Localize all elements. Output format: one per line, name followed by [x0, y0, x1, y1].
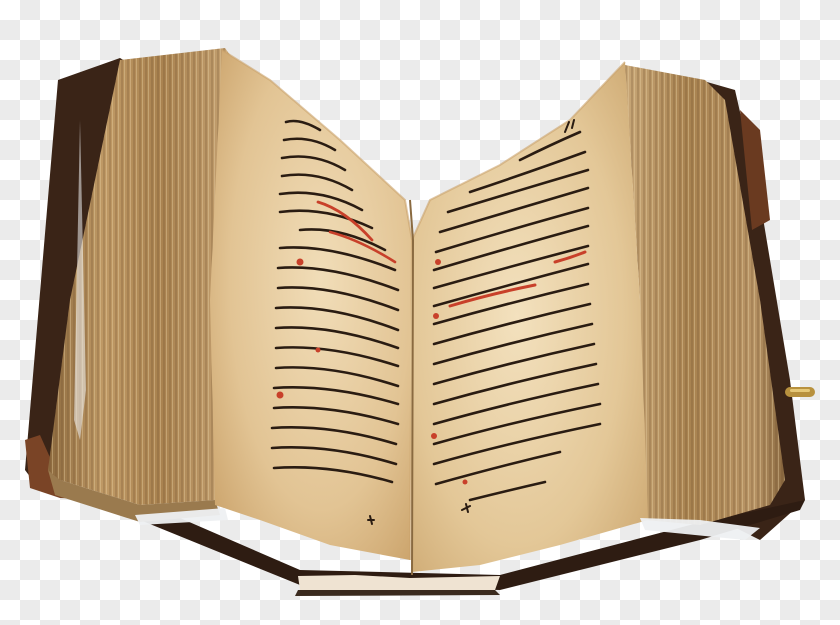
brass-clasp [785, 387, 815, 397]
manuscript-photo [0, 0, 840, 625]
spine-headband [295, 575, 500, 596]
right-page [410, 62, 648, 572]
left-page [210, 50, 412, 560]
